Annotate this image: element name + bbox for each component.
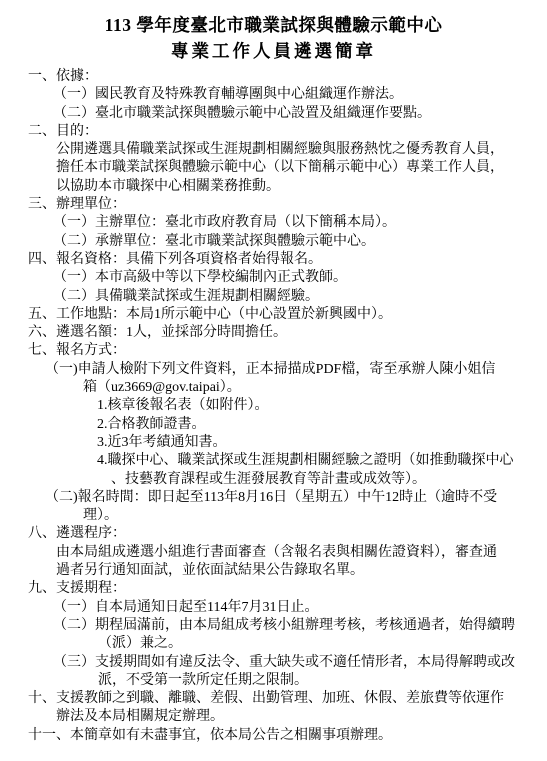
section-7-heading: 七、報名方式：: [28, 342, 539, 360]
section-9-item-2: （二）期程屆滿前，由本局組成考核小組辦理考核，考核通過者，始得續聘 （派）兼之。: [28, 617, 539, 654]
section-4-item-1: （一）本市高級中等以下學校編制內正式教師。: [28, 269, 539, 287]
section-5-line: 五、工作地點：本局1所示範中心（中心設置於新興國中）。: [28, 306, 539, 324]
section-9-item-1: （一）自本局通知日起至114年7月31日止。: [28, 599, 539, 617]
section-11-line: 十一、本簡章如有未盡事宜，依本局公告之相關事項辦理。: [28, 727, 539, 745]
section-7-doc-3: 3.近3年考績通知書。: [28, 434, 539, 452]
section-10-line: 十、支援教師之到職、離職、差假、出勤管理、加班、休假、差旅費等依運作 辦法及本局…: [28, 690, 539, 727]
section-8-heading: 八、遴選程序：: [28, 525, 539, 543]
section-8-body: 由本局組成遴選小組進行書面審查（含報名表與相關佐證資料），審查通 過者另行通知面…: [28, 544, 539, 581]
section-2-heading: 二、目的：: [28, 123, 539, 141]
section-3-item-1: （一）主辦單位：臺北市政府教育局（以下簡稱本局）。: [28, 214, 539, 232]
document-body: 一、依據： （一）國民教育及特殊教育輔導團與中心組織運作辦法。 （二）臺北市職業…: [28, 68, 539, 745]
section-7-doc-4: 4.職探中心、職業試探或生涯規劃相關經驗之證明（如推動職探中心 、技藝教育課程或…: [28, 452, 539, 489]
section-6-line: 六、遴選名額：1人，並採部分時間擔任。: [28, 324, 539, 342]
section-1-item-2: （二）臺北市職業試探與體驗示範中心設置及組織運作要點。: [28, 105, 539, 123]
section-7-doc-2: 2.合格教師證書。: [28, 416, 539, 434]
section-2-body: 公開遴選具備職業試探或生涯規劃相關經驗與服務熱忱之優秀教育人員， 擔任本市職業試…: [28, 141, 539, 196]
section-7-item-1: （一)申請人檢附下列文件資料，正本掃描成PDF檔，寄至承辦人陳小姐信 箱（uz3…: [28, 361, 539, 398]
section-3-heading: 三、辦理單位：: [28, 196, 539, 214]
document-title-line1: 113 學年度臺北市職業試探與體驗示範中心: [8, 12, 539, 38]
section-1-item-1: （一）國民教育及特殊教育輔導團與中心組織運作辦法。: [28, 86, 539, 104]
section-4-item-2: （二）具備職業試探或生涯規劃相關經驗。: [28, 288, 539, 306]
section-3-item-2: （二）承辦單位：臺北市職業試探與體驗示範中心。: [28, 233, 539, 251]
document-title-line2: 專業工作人員遴選簡章: [8, 38, 539, 64]
section-7-doc-1: 1.核章後報名表（如附件）。: [28, 397, 539, 415]
section-1-heading: 一、依據：: [28, 68, 539, 86]
section-9-item-3: （三）支援期間如有違反法令、重大缺失或不適任情形者，本局得解聘或改 派，不受第一…: [28, 654, 539, 691]
document-page: 113 學年度臺北市職業試探與體驗示範中心 專業工作人員遴選簡章 一、依據： （…: [0, 0, 547, 761]
section-9-heading: 九、支援期程：: [28, 580, 539, 598]
document-title: 113 學年度臺北市職業試探與體驗示範中心 專業工作人員遴選簡章: [8, 12, 539, 64]
section-7-item-2: （二)報名時間：即日起至113年8月16日（星期五）中午12時止（逾時不受 理）…: [28, 489, 539, 526]
section-4-heading: 四、報名資格：具備下列各項資格者始得報名。: [28, 251, 539, 269]
